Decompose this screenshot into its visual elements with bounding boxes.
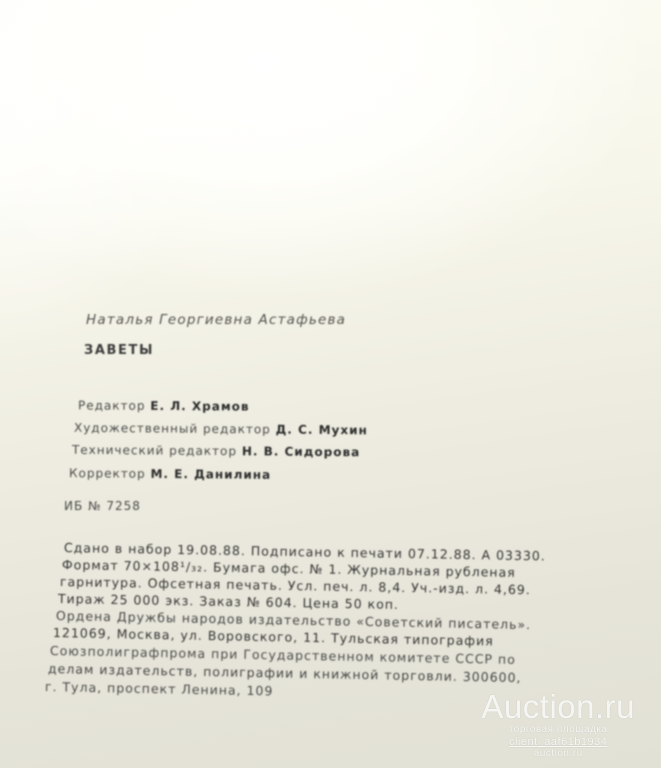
credit-proofreader: Корректор М. Е. Данилина: [69, 466, 271, 482]
credit-role: Корректор: [69, 466, 146, 481]
ib-number: ИБ № 7258: [64, 499, 141, 513]
credit-technical-editor: Технический редактор Н. В. Сидорова: [72, 443, 360, 460]
credit-editor: Редактор Е. Л. Храмов: [78, 398, 250, 413]
credit-art-editor: Художественный редактор Д. С. Мухин: [74, 421, 368, 438]
credit-person: Е. Л. Храмов: [150, 399, 249, 414]
watermark-user: client_aaf61b1934: [481, 736, 635, 748]
auction-watermark: Auction.ru торговая площадка client_aaf6…: [481, 690, 635, 760]
watermark-logo: Auction.ru: [481, 690, 635, 724]
credit-person: Н. В. Сидорова: [242, 444, 360, 459]
watermark-caption: торговая площадка: [481, 724, 635, 736]
credit-role: Художественный редактор: [74, 421, 271, 437]
watermark-site: auction.ru: [481, 748, 635, 760]
author-name: Наталья Георгиевна Астафьева: [86, 312, 346, 328]
credit-role: Технический редактор: [72, 443, 237, 458]
book-colophon-page: Наталья Георгиевна Астафьева ЗАВЕТЫ Реда…: [0, 0, 661, 768]
book-title: ЗАВЕТЫ: [84, 343, 154, 358]
credit-person: М. Е. Данилина: [150, 467, 271, 482]
imprint-line: г. Тула, проспект Ленина, 109: [45, 679, 274, 698]
credit-person: Д. С. Мухин: [276, 422, 368, 437]
credit-role: Редактор: [78, 398, 146, 412]
